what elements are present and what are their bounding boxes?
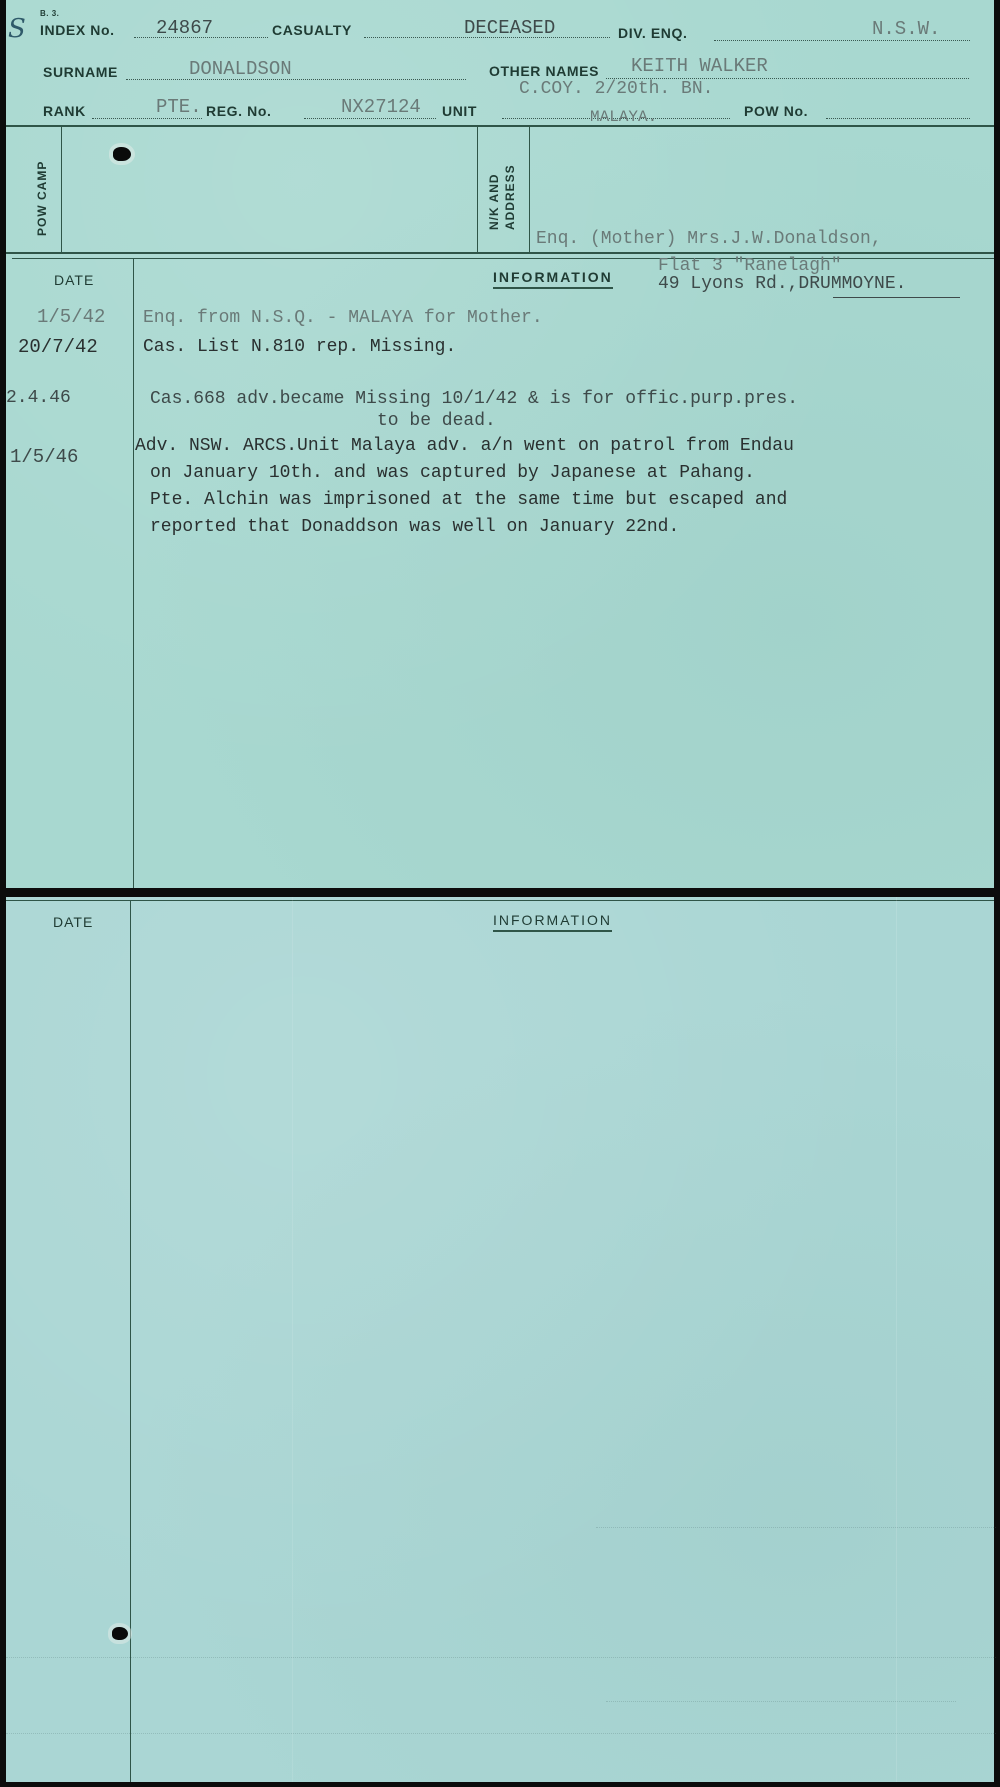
entry-4-text-line2: on January 10th. and was captured by Jap… — [150, 463, 755, 483]
entry-3-date: 2.4.46 — [6, 388, 71, 408]
form-code: B. 3. — [40, 9, 59, 18]
div-enq-label: DIV. ENQ. — [618, 25, 687, 41]
record-card-front: S B. 3. INDEX No. 24867 CASUALTY DECEASE… — [6, 0, 994, 888]
nk-address-line1: Enq. (Mother) Mrs.J.W.Donaldson, — [536, 229, 882, 249]
other-names-value: KEITH WALKER — [631, 55, 768, 77]
entry-4-text-line1: Adv. NSW. ARCS.Unit Malaya adv. a/n went… — [135, 436, 794, 456]
entry-4-date: 1/5/46 — [10, 446, 78, 468]
record-card-back: DATE INFORMATION — [6, 897, 994, 1782]
index-no-value: 24867 — [156, 17, 213, 39]
nk-address-label-line2: ADDRESS — [503, 164, 517, 230]
nk-address-line2: Flat 3 "Ranelagh" — [658, 256, 842, 276]
entry-3-text-line2: to be dead. — [377, 411, 496, 431]
casualty-value: DECEASED — [464, 17, 555, 39]
reg-no-value: NX27124 — [341, 96, 421, 118]
unit-value-line1: C.COY. 2/20th. BN. — [519, 79, 713, 99]
entry-1-text: Enq. from N.S.Q. - MALAYA for Mother. — [143, 308, 543, 328]
entry-3-text-line1: Cas.668 adv.became Missing 10/1/42 & is … — [150, 389, 798, 409]
back-date-column-header: DATE — [53, 914, 93, 930]
nk-address-line3: 49 Lyons Rd.,DRUMMOYNE. — [658, 274, 906, 294]
back-information-column-header: INFORMATION — [493, 912, 612, 932]
unit-label: UNIT — [442, 103, 477, 119]
entry-2-text: Cas. List N.810 rep. Missing. — [143, 337, 456, 357]
information-column-header: INFORMATION — [493, 269, 613, 289]
other-names-label: OTHER NAMES — [489, 63, 599, 79]
reg-no-label: REG. No. — [206, 103, 271, 119]
entry-4-text-line3: Pte. Alchin was imprisoned at the same t… — [150, 490, 787, 510]
rank-value: PTE. — [156, 96, 202, 118]
div-enq-value: N.S.W. — [872, 18, 940, 40]
pow-camp-label: POW CAMP — [35, 161, 49, 236]
date-column-header: DATE — [54, 272, 94, 288]
punch-hole — [113, 147, 131, 161]
surname-label: SURNAME — [43, 64, 118, 80]
entry-1-date: 1/5/42 — [37, 306, 105, 328]
entry-4-text-line4: reported that Donaddson was well on Janu… — [150, 517, 679, 537]
handwritten-mark: S — [8, 14, 26, 44]
pow-no-label: POW No. — [744, 103, 808, 119]
casualty-label: CASUALTY — [272, 22, 352, 38]
nk-address-label-line1: N/K AND — [487, 173, 501, 230]
surname-value: DONALDSON — [189, 58, 292, 80]
unit-value-line2: MALAYA. — [590, 108, 657, 126]
rank-label: RANK — [43, 103, 86, 119]
index-no-label: INDEX No. — [40, 22, 115, 38]
entry-2-date: 20/7/42 — [18, 336, 98, 358]
punch-hole-back — [112, 1627, 128, 1640]
